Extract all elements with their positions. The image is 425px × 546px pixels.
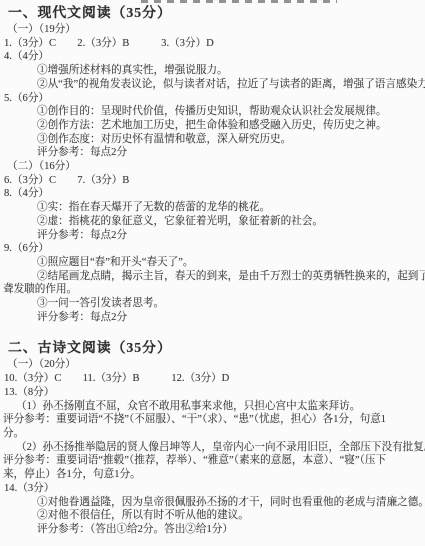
translation-line: （2）孙丕扬推举隐居的贤人像吕坤等人，皇帝内心一向不录用旧臣，全部压下没有批复。 [16,441,425,455]
line-continuation: 评分参考：重要词语“推毂”（推荐，荐举）、“雅意”（素来的意愿，本意）、“寝”（… [3,454,425,468]
scoring-note: 评分参考：每点2分 [37,311,425,325]
question-answer-line: 8.（4分） [4,187,425,201]
scoring-note: 评分参考：每点2分 [37,229,425,243]
question-answer-line: 13.（8分） [4,386,425,400]
line-continuation: 评分参考：重要词语“不挠”（不屈服）、“干”（求）、“患”（忧虑，担心）各1分，… [3,413,425,427]
part-heading: （二）（16分） [7,160,425,174]
answer-point: ③创作态度：对历史怀有温情和敬意，深入研究历史。 [37,133,425,147]
question-answer-line: 14.（3分） [4,482,425,496]
line-continuation: 聋发聩的作用。 [3,283,425,297]
part-heading: （一）（20分） [7,358,425,372]
translation-line: （1）孙丕扬刚直不屈，众官不敢用私事来求他，只担心宫中太监来拜访。 [16,400,425,414]
section-heading: 二、古诗文阅读（35分） [8,338,425,358]
line-continuation: 来，停止）各1分，句意1分。 [3,468,425,482]
answer-point: ①实：指在春天爆开了无数的蓓蕾的龙华的桃花。 [37,201,425,215]
line-continuation: 分。 [3,427,425,441]
answer-point: ①创作目的：呈现时代价值，传播历史知识，帮助观众认识社会发展规律。 [37,105,425,119]
answer-point: ①照应题目“春”和开头“春天了”。 [37,256,425,270]
section-heading: 一、现代文阅读（35分） [8,3,425,23]
document-content: 一、现代文阅读（35分）（一）（19分）1.（3分）C 2.（3分）B 3.（3… [0,3,425,537]
answer-point: ①对他眷遇益隆，因为皇帝很佩服孙丕扬的才干，同时也看重他的老成与清廉之德。 [37,496,425,510]
scoring-note: 评分参考：每点2分 [37,146,425,160]
part-heading: （一）（19分） [7,23,425,37]
answer-sheet-page: 一、现代文阅读（35分）（一）（19分）1.（3分）C 2.（3分）B 3.（3… [0,0,425,546]
question-answer-line: 4.（4分） [4,50,425,64]
question-answer-line: 1.（3分）C 2.（3分）B 3.（3分）D [4,37,425,51]
question-answer-line: 10.（3分）C 11.（3分）B 12.（3分）D [4,372,425,386]
question-answer-line: 6.（3分）C 7.（3分）B [4,174,425,188]
answer-point: ②从“我”的视角发表议论，似与读者对话，拉近了与读者的距离，增强了语言感染力。 [37,78,425,92]
scoring-note: 评分参考：（答出①给2分。答出②给1分） [37,523,425,537]
answer-point: ③一问一答引发读者思考。 [37,297,425,311]
question-answer-line: 9.（6分） [4,242,425,256]
answer-point: ②虚：指桃花的象征意义，它象征着光明，象征着新的社会。 [37,215,425,229]
answer-point: ②结尾画龙点睛，揭示主旨，春天的到来，是由千万烈士的英勇牺牲换来的，起到了振 [37,270,425,284]
answer-point: ②对他不很信任，所以有时不听从他的建议。 [37,509,425,523]
answer-point: ①增强所述材料的真实性，增强说服力。 [37,64,425,78]
question-answer-line: 5.（6分） [4,92,425,106]
answer-point: ②创作方法：艺术地加工历史，把生命体验和感受融入历史，传历史之神。 [37,119,425,133]
